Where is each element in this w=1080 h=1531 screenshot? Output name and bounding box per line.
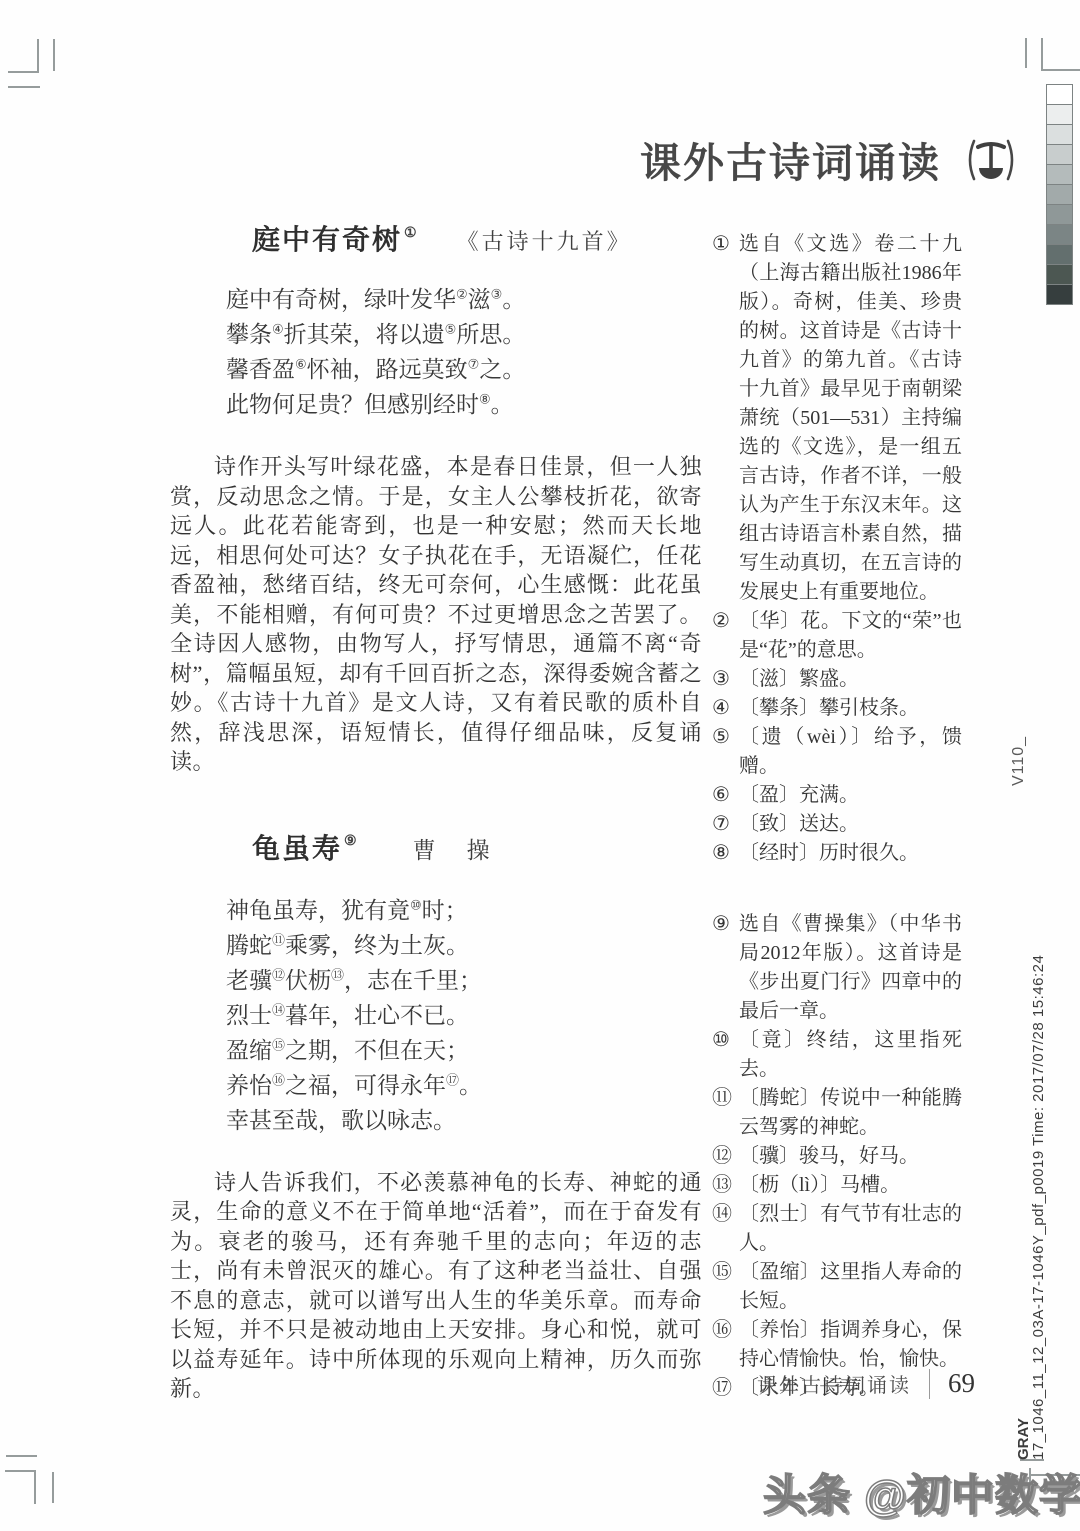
poem-2-title: 龟虽寿⑨ (252, 827, 357, 867)
poem-2: 龟虽寿⑨ 曹 操 神龟虽寿，犹有竟⑩时； 腾蛇⑪乘雾，终为土灰。 老骥⑫伏枥⑬，… (170, 827, 702, 1404)
crop-mark (37, 39, 39, 73)
note-ref: ⑮ (272, 1037, 285, 1052)
crop-mark (53, 39, 55, 71)
page-header: 课外古诗词诵读 (640, 130, 1017, 189)
unit-badge-icon (965, 137, 1017, 183)
poem-1: 庭中有奇树① 《古诗十九首》 庭中有奇树，绿叶发华②滋③。 攀条④折其荣，将以遗… (170, 218, 702, 777)
poem-1-commentary: 诗作开头写叶绿花盛，本是春日佳景，但一人独赏，反动思念之情。于是，女主人公攀枝折… (170, 452, 702, 777)
note-item: ⑮〔盈缩〕这里指人寿命的长短。 (712, 1258, 962, 1316)
note-text: 选自《曹操集》（中华书局2012年版）。这首诗是《步出夏门行》四章中的最后一章。 (739, 910, 962, 1026)
gray-strip-cell (1047, 105, 1072, 125)
note-item: ⑭〔烈士〕有气节有壮志的人。 (712, 1200, 962, 1258)
note-item: ④〔攀条〕攀引枝条。 (712, 694, 962, 723)
note-item: ⑦〔致〕送达。 (712, 810, 962, 839)
note-number: ⑨ (712, 910, 739, 939)
note-item: ⑨选自《曹操集》（中华书局2012年版）。这首诗是《步出夏门行》四章中的最后一章… (712, 910, 962, 1026)
note-item: ①选自《文选》卷二十九（上海古籍出版社1986年版）。奇树，佳美、珍贵的树。这首… (712, 230, 962, 607)
sidebar-version-code: V110_ (1010, 736, 1028, 786)
note-text: 〔烈士〕有气节有壮志的人。 (739, 1200, 962, 1258)
gray-strip-cell (1047, 85, 1072, 105)
poem-line: 攀条④折其荣，将以遗⑤所思。 (226, 317, 702, 352)
poem-line: 馨香盈⑥怀袖，路远莫致⑦之。 (226, 352, 702, 387)
note-item: ②〔华〕花。下文的“荣”也是“花”的意思。 (712, 607, 962, 665)
note-text: 〔攀条〕攀引枝条。 (739, 694, 962, 723)
poem-line: 此物何足贵？但感别经时⑧。 (226, 387, 702, 422)
footer-divider (929, 1369, 930, 1399)
note-ref: ④ (272, 321, 284, 336)
note-ref: ⑫ (272, 967, 285, 982)
poem-line: 幸甚至哉，歌以咏志。 (226, 1103, 702, 1138)
poem-1-title-row: 庭中有奇树① 《古诗十九首》 (170, 218, 702, 258)
grayscale-calibration-strip (1046, 84, 1073, 305)
poem-line: 老骥⑫伏枥⑬，志在千里； (226, 963, 702, 998)
gray-strip-cell (1047, 165, 1072, 185)
note-ref: ⑭ (272, 1002, 285, 1017)
crop-mark (5, 1470, 36, 1472)
notes-poem-1: ①选自《文选》卷二十九（上海古籍出版社1986年版）。奇树，佳美、珍贵的树。这首… (712, 230, 962, 868)
note-item: ⑪〔腾蛇〕传说中一种能腾云驾雾的神蛇。 (712, 1084, 962, 1142)
gray-strip-cell (1047, 125, 1072, 145)
note-number: ⑫ (712, 1142, 739, 1171)
crop-mark (1025, 38, 1027, 68)
note-number: ⑰ (712, 1374, 739, 1403)
note-number: ② (712, 607, 739, 636)
sidebar-print-code: 17_1046_11_12_03A-17-1046Y_pdf_p0019 Tim… (1030, 955, 1047, 1460)
gray-strip-cell (1047, 265, 1072, 285)
note-text: 〔华〕花。下文的“荣”也是“花”的意思。 (739, 607, 962, 665)
crop-mark (1041, 38, 1043, 71)
footer-section-title: 课外古诗词诵读 (757, 1369, 911, 1398)
note-number: ⑦ (712, 810, 739, 839)
note-number: ⑩ (712, 1026, 739, 1055)
note-number: ⑤ (712, 723, 739, 752)
note-text: 选自《文选》卷二十九（上海古籍出版社1986年版）。奇树，佳美、珍贵的树。这首诗… (739, 230, 962, 607)
note-item: ⑥〔盈〕充满。 (712, 781, 962, 810)
poem-line: 神龟虽寿，犹有竟⑩时； (226, 893, 702, 928)
page-footer: 课外古诗词诵读 69 (757, 1368, 975, 1399)
note-text: 〔养怡〕指调养身心，保持心情愉快。怡，愉快。 (739, 1316, 962, 1374)
note-item: ⑫〔骥〕骏马，好马。 (712, 1142, 962, 1171)
note-ref: ⑦ (468, 356, 480, 371)
note-ref: ⑤ (445, 321, 457, 336)
note-ref: ⑧ (479, 391, 491, 406)
note-item: ⑬〔枥（lì）〕马槽。 (712, 1171, 962, 1200)
note-number: ⑬ (712, 1171, 739, 1200)
poem-line: 养怡⑯之福，可得永年⑰。 (226, 1068, 702, 1103)
poem-2-author: 曹 操 (413, 832, 494, 865)
note-ref: ⑬ (331, 967, 344, 982)
note-ref: ⑰ (446, 1072, 459, 1087)
note-number: ⑭ (712, 1200, 739, 1229)
crop-mark (52, 1472, 54, 1503)
page-number: 69 (948, 1368, 975, 1399)
gray-strip-cell (1047, 185, 1072, 205)
poem-1-source: 《古诗十九首》 (457, 225, 632, 256)
poem-1-title-note-ref: ① (404, 226, 419, 241)
note-number: ⑯ (712, 1316, 739, 1345)
note-item: ⑩〔竟〕终结，这里指死去。 (712, 1026, 962, 1084)
crop-mark (6, 1455, 37, 1457)
gray-strip-cell (1047, 245, 1072, 265)
poem-2-lines: 神龟虽寿，犹有竟⑩时； 腾蛇⑪乘雾，终为土灰。 老骥⑫伏枥⑬，志在千里； 烈士⑭… (170, 893, 702, 1138)
textbook-page: 课外古诗词诵读 庭中有奇树① 《古诗十九首》 庭中有奇树，绿叶发华②滋③。 攀条… (0, 0, 1080, 1531)
note-text: 〔竟〕终结，这里指死去。 (739, 1026, 962, 1084)
note-ref: ⑥ (295, 356, 307, 371)
gray-strip-cell (1047, 205, 1072, 225)
poem-line: 腾蛇⑪乘雾，终为土灰。 (226, 928, 702, 963)
crop-mark (8, 71, 39, 73)
note-ref: ⑯ (272, 1072, 285, 1087)
note-ref: ⑩ (410, 897, 422, 912)
poem-1-title: 庭中有奇树① (252, 218, 417, 258)
poem-2-title-row: 龟虽寿⑨ 曹 操 (170, 827, 702, 867)
note-number: ⑧ (712, 839, 739, 868)
crop-mark (34, 1470, 36, 1504)
note-item: ⑤〔遗（wèi）〕给予，馈赠。 (712, 723, 962, 781)
page-title: 课外古诗词诵读 (640, 130, 941, 189)
note-text: 〔腾蛇〕传说中一种能腾云驾雾的神蛇。 (739, 1084, 962, 1142)
note-item: ⑧〔经时〕历时很久。 (712, 839, 962, 868)
note-number: ① (712, 230, 739, 259)
gray-strip-cell (1047, 225, 1072, 245)
gray-strip-cell (1047, 285, 1072, 304)
note-text: 〔滋〕繁盛。 (739, 665, 962, 694)
note-item: ③〔滋〕繁盛。 (712, 665, 962, 694)
note-text: 〔致〕送达。 (739, 810, 962, 839)
note-number: ③ (712, 665, 739, 694)
poem-2-title-note-ref: ⑨ (344, 834, 359, 849)
sidebar-gray-label: GRAY (1015, 1418, 1032, 1460)
note-text: 〔经时〕历时很久。 (739, 839, 962, 868)
notes-poem-2: ⑨选自《曹操集》（中华书局2012年版）。这首诗是《步出夏门行》四章中的最后一章… (712, 910, 962, 1403)
poem-line: 盈缩⑮之期，不但在天； (226, 1033, 702, 1068)
poem-2-commentary: 诗人告诉我们，不必羡慕神龟的长寿、神蛇的通灵，生命的意义不在于简单地“活着”，而… (170, 1168, 702, 1404)
note-text: 〔枥（lì）〕马槽。 (739, 1171, 962, 1200)
gray-strip-cell (1047, 145, 1072, 165)
note-item: ⑯〔养怡〕指调养身心，保持心情愉快。怡，愉快。 (712, 1316, 962, 1374)
note-text: 〔盈缩〕这里指人寿命的长短。 (739, 1258, 962, 1316)
note-number: ④ (712, 694, 739, 723)
poem-line: 烈士⑭暮年，壮心不已。 (226, 998, 702, 1033)
crop-mark (1041, 69, 1080, 71)
note-number: ⑪ (712, 1084, 739, 1113)
note-text: 〔骥〕骏马，好马。 (739, 1142, 962, 1171)
note-number: ⑮ (712, 1258, 739, 1287)
note-ref: ③ (491, 286, 503, 301)
main-column: 庭中有奇树① 《古诗十九首》 庭中有奇树，绿叶发华②滋③。 攀条④折其荣，将以遗… (170, 218, 702, 1404)
note-text: 〔盈〕充满。 (739, 781, 962, 810)
crop-mark (8, 86, 40, 88)
note-text: 〔遗（wèi）〕给予，馈赠。 (739, 723, 962, 781)
watermark-text: 头条 @初中数学总复习 (763, 1462, 1080, 1523)
annotations-column: ①选自《文选》卷二十九（上海古籍出版社1986年版）。奇树，佳美、珍贵的树。这首… (712, 230, 962, 1403)
note-ref: ② (456, 286, 468, 301)
poem-1-lines: 庭中有奇树，绿叶发华②滋③。 攀条④折其荣，将以遗⑤所思。 馨香盈⑥怀袖，路远莫… (170, 282, 702, 422)
note-ref: ⑪ (272, 932, 285, 947)
poem-line: 庭中有奇树，绿叶发华②滋③。 (226, 282, 702, 317)
note-number: ⑥ (712, 781, 739, 810)
